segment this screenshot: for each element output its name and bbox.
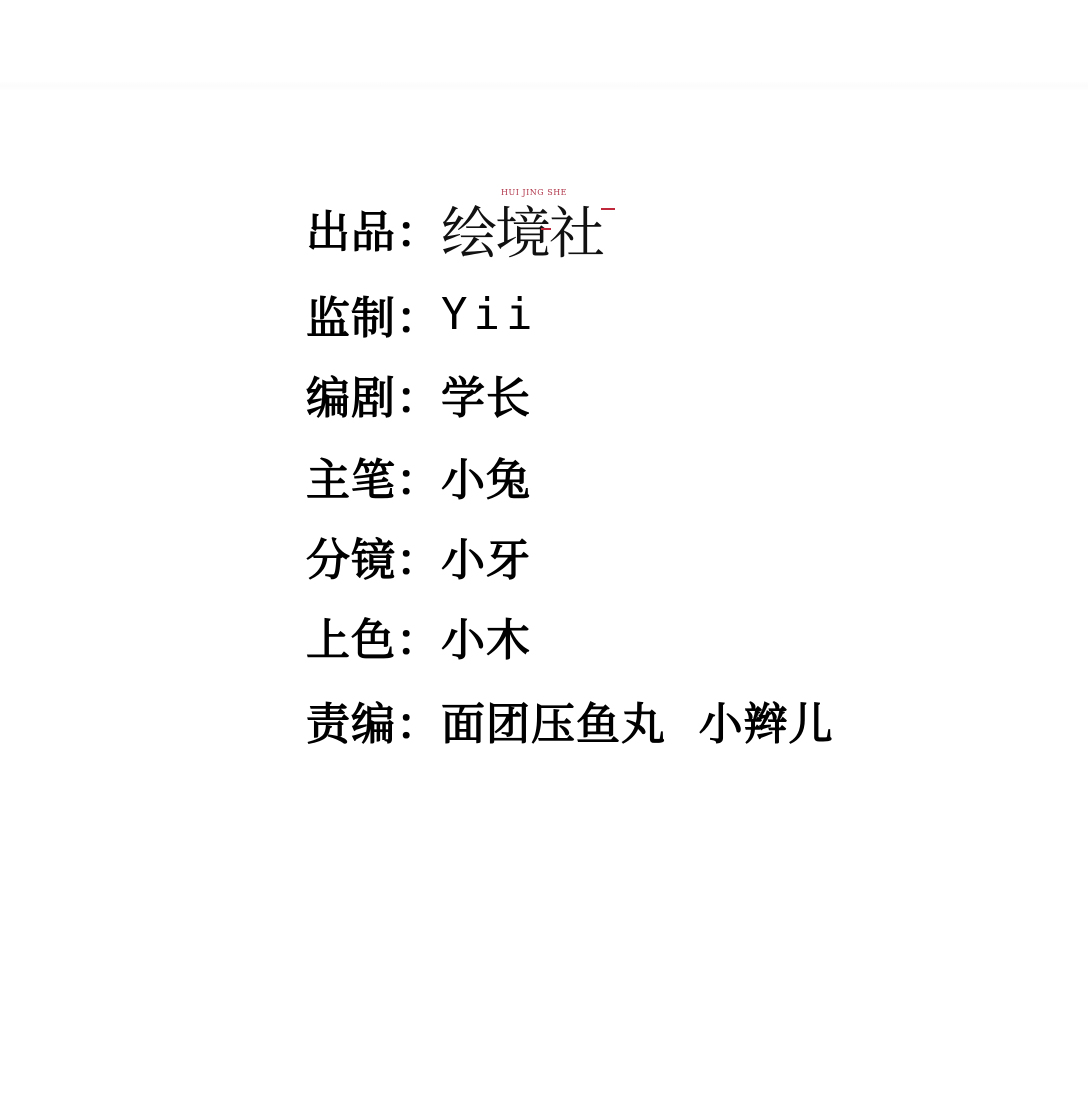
credit-value: 小牙 [441, 524, 531, 588]
credit-value: Yii [441, 289, 538, 340]
credit-label: 上色： [306, 604, 441, 668]
credit-value: 小兔 [441, 444, 531, 508]
credit-producer: 出品： HUI JING SHE 绘境社 [306, 198, 631, 258]
logo-text: 绘境社 [441, 190, 603, 270]
credit-storyboard: 分镜： 小牙 [306, 526, 531, 586]
credit-value: 面团压鱼丸 小辫儿 [441, 688, 834, 752]
studio-logo: HUI JING SHE 绘境社 [441, 188, 631, 268]
credit-label: 分镜： [306, 524, 441, 588]
credit-label: 监制： [306, 282, 441, 346]
credit-editor: 责编： 面团压鱼丸 小辫儿 [306, 690, 834, 750]
top-artifact [0, 82, 1088, 90]
logo-accent-stroke [601, 208, 615, 210]
credit-lead-artist: 主笔： 小兔 [306, 446, 531, 506]
credit-label: 编剧： [306, 362, 441, 426]
credit-value: 小木 [441, 604, 531, 668]
credit-supervisor: 监制： Yii [306, 284, 538, 344]
credit-label: 主笔： [306, 444, 441, 508]
credit-value: 学长 [441, 362, 531, 426]
credit-label: 责编： [306, 688, 441, 752]
credit-writer: 编剧： 学长 [306, 364, 531, 424]
credit-colorist: 上色： 小木 [306, 606, 531, 666]
logo-accent-stroke [541, 228, 551, 230]
credit-label: 出品： [306, 196, 441, 260]
